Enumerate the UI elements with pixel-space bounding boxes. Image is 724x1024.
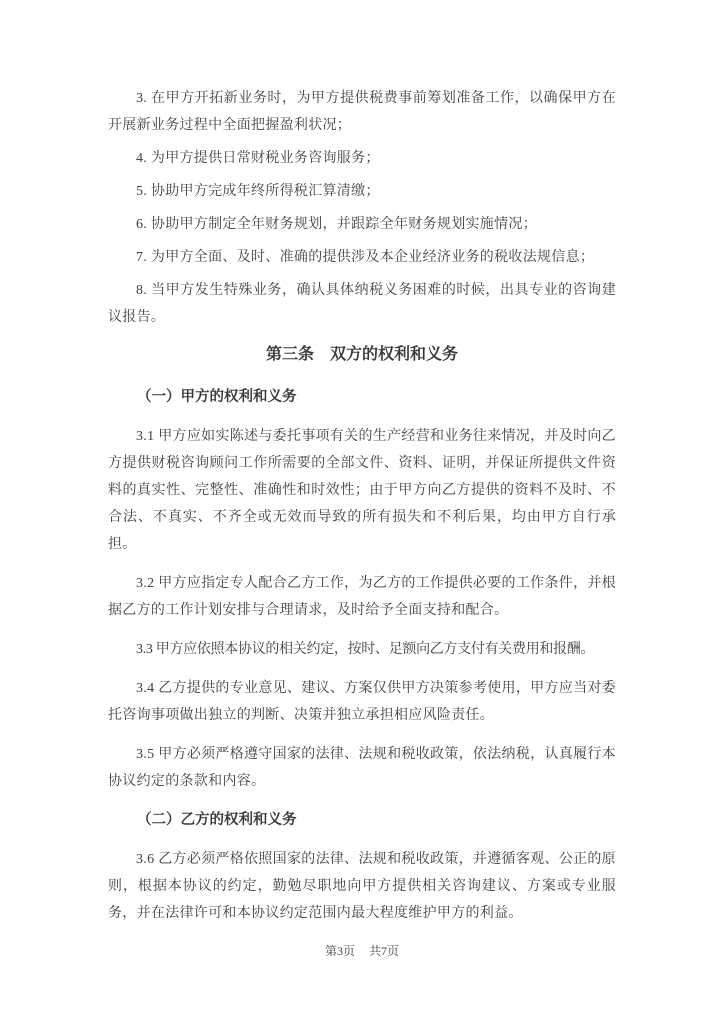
numbered-item-8: 8. 当甲方发生特殊业务，确认具体纳税义务困难的时候，出具专业的咨询建议报告。 bbox=[108, 277, 616, 331]
numbered-item-4: 4. 为甲方提供日常财税业务咨询服务； bbox=[108, 145, 616, 172]
page-number-label: 第3页 bbox=[325, 944, 355, 958]
clause-3-5: 3.5 甲方必须严格遵守国家的法律、法规和税收政策，依法纳税，认真履行本协议约定… bbox=[108, 741, 616, 795]
clause-3-2: 3.2 甲方应指定专人配合乙方工作，为乙方的工作提供必要的工作条件，并根据乙方的… bbox=[108, 570, 616, 624]
numbered-item-5: 5. 协助甲方完成年终所得税汇算清缴； bbox=[108, 178, 616, 205]
article-3-heading: 第三条 双方的权利和义务 bbox=[108, 341, 616, 368]
clause-3-6: 3.6 乙方必须严格依照国家的法律、法规和税收政策，并遵循客观、公正的原则，根据… bbox=[108, 846, 616, 927]
total-pages-label: 共7页 bbox=[369, 944, 399, 958]
numbered-item-3: 3. 在甲方开拓新业务时，为甲方提供税费事前筹划准备工作，以确保甲方在开展新业务… bbox=[108, 85, 616, 139]
page-footer: 第3页共7页 bbox=[0, 941, 724, 961]
numbered-item-6: 6. 协助甲方制定全年财务规划，并跟踪全年财务规划实施情况； bbox=[108, 211, 616, 238]
contract-page: 3. 在甲方开拓新业务时，为甲方提供税费事前筹划准备工作，以确保甲方在开展新业务… bbox=[0, 0, 724, 1024]
party-b-subheading: （二）乙方的权利和义务 bbox=[108, 807, 616, 834]
clause-3-4: 3.4 乙方提供的专业意见、建议、方案仅供甲方决策参考使用，甲方应当对委托咨询事… bbox=[108, 675, 616, 729]
party-a-subheading: （一）甲方的权利和义务 bbox=[108, 384, 616, 411]
clause-3-1: 3.1 甲方应如实陈述与委托事项有关的生产经营和业务往来情况，并及时向乙方提供财… bbox=[108, 423, 616, 558]
document-content: 3. 在甲方开拓新业务时，为甲方提供税费事前筹划准备工作，以确保甲方在开展新业务… bbox=[108, 85, 616, 939]
numbered-item-7: 7. 为甲方全面、及时、准确的提供涉及本企业经济业务的税收法规信息； bbox=[108, 244, 616, 271]
clause-3-3: 3.3 甲方应依照本协议的相关约定，按时、足额向乙方支付有关费用和报酬。 bbox=[108, 636, 616, 663]
